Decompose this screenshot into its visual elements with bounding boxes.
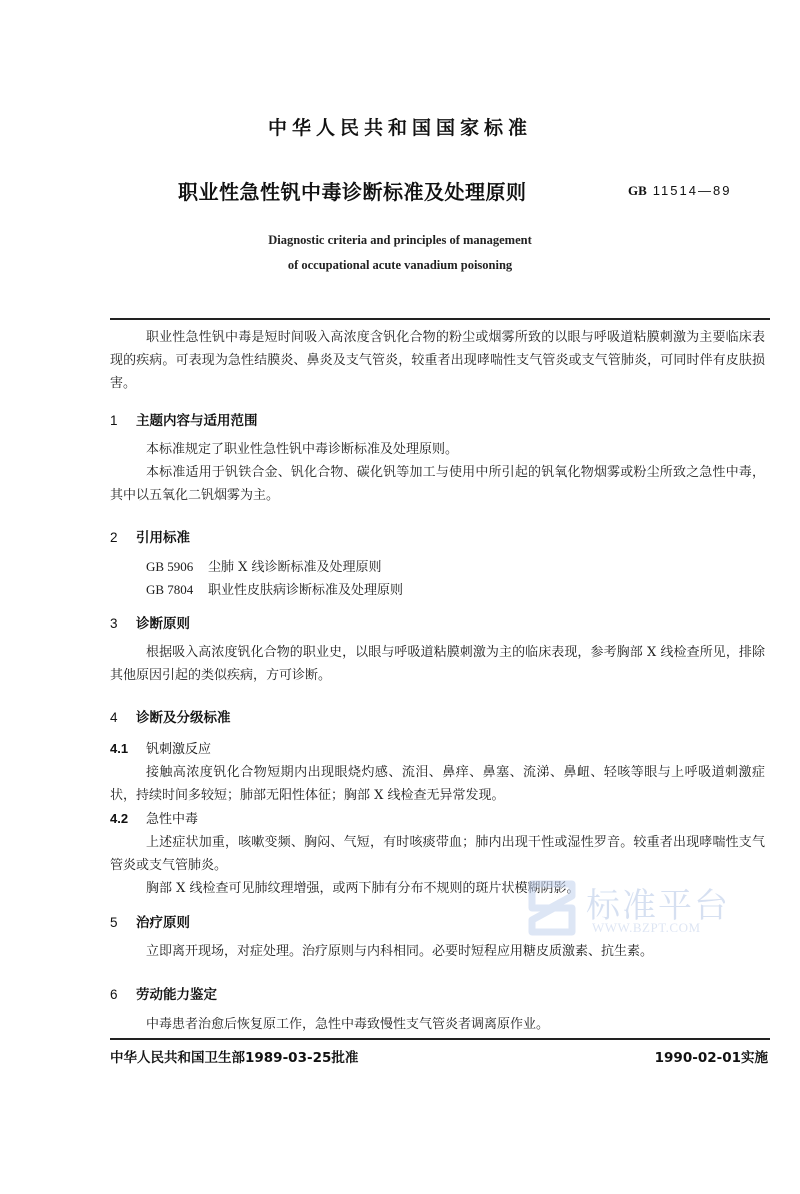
code-prefix: GB: [628, 183, 647, 198]
section-1-heading: 1主题内容与适用范围: [110, 409, 258, 429]
national-standard-label: 中华人民共和国国家标准: [0, 113, 800, 140]
standard-code: GB11514—89: [628, 183, 731, 199]
section-1-paragraph-2: 本标准适用于钒铁合金、钒化合物、碳化钒等加工与使用中所引起的钒氧化物烟雾或粉尘所…: [110, 461, 765, 507]
section-3-heading: 3诊断原则: [110, 612, 190, 632]
section-5-paragraph: 立即离开现场，对症处理。治疗原则与内科相同。必要时短程应用糖皮质激素、抗生素。: [110, 940, 765, 963]
reference-title: 尘肺 X 线诊断标准及处理原则: [208, 560, 382, 575]
english-title-line1: Diagnostic criteria and principles of ma…: [0, 233, 800, 248]
reference-code: GB 7804: [146, 582, 208, 598]
watermark: 标准平台 WWW.BZPT.COM: [528, 880, 768, 940]
document-title: 职业性急性钒中毒诊断标准及处理原则: [178, 176, 527, 205]
section-title: 劳动能力鉴定: [136, 987, 217, 1003]
section-number: 6: [110, 987, 136, 1002]
section-2-heading: 2引用标准: [110, 526, 190, 546]
watermark-url: WWW.BZPT.COM: [592, 920, 701, 936]
section-5-heading: 5治疗原则: [110, 911, 190, 931]
section-4-heading: 4诊断及分级标准: [110, 706, 231, 726]
subsection-title: 急性中毒: [146, 812, 198, 827]
section-number: 5: [110, 915, 136, 930]
bottom-divider: [110, 1038, 770, 1040]
section-number: 2: [110, 530, 136, 545]
section-6-heading: 6劳动能力鉴定: [110, 983, 217, 1003]
section-number: 1: [110, 413, 136, 428]
subsection-title: 钒刺激反应: [146, 742, 211, 757]
subsection-4-2-paragraph-1: 上述症状加重，咳嗽变频、胸闷、气短，有时咳痰带血；肺内出现干性或湿性罗音。较重者…: [110, 831, 765, 877]
intro-paragraph: 职业性急性钒中毒是短时间吸入高浓度含钒化合物的粉尘或烟雾所致的以眼与呼吸道粘膜刺…: [110, 326, 765, 395]
reference-code: GB 5906: [146, 559, 208, 575]
section-number: 3: [110, 616, 136, 631]
subsection-4-2-heading: 4.2急性中毒: [110, 808, 198, 827]
section-6-paragraph: 中毒患者治愈后恢复原工作，急性中毒致慢性支气管炎者调离原作业。: [110, 1013, 765, 1036]
section-title: 诊断原则: [136, 616, 190, 632]
reference-title: 职业性皮肤病诊断标准及处理原则: [208, 583, 403, 598]
implementation-date: 1990-02-01实施: [655, 1046, 768, 1066]
english-title-line2: of occupational acute vanadium poisoning: [0, 258, 800, 273]
section-title: 治疗原则: [136, 915, 190, 931]
section-title: 诊断及分级标准: [136, 710, 231, 726]
approval-date: 中华人民共和国卫生部1989-03-25批准: [110, 1046, 358, 1066]
section-title: 主题内容与适用范围: [136, 413, 258, 429]
subsection-4-1-paragraph: 接触高浓度钒化合物短期内出现眼烧灼感、流泪、鼻痒、鼻塞、流涕、鼻衄、轻咳等眼与上…: [110, 761, 765, 807]
subsection-4-1-heading: 4.1钒刺激反应: [110, 738, 211, 757]
top-divider: [110, 318, 770, 320]
code-number: 11514—89: [653, 183, 732, 198]
section-number: 4: [110, 710, 136, 725]
section-1-paragraph-1: 本标准规定了职业性急性钒中毒诊断标准及处理原则。: [110, 438, 765, 461]
subsection-number: 4.2: [110, 811, 146, 826]
section-3-paragraph: 根据吸入高浓度钒化合物的职业史，以眼与呼吸道粘膜刺激为主的临床表现，参考胸部 X…: [110, 641, 765, 687]
subsection-number: 4.1: [110, 741, 146, 756]
section-title: 引用标准: [136, 530, 190, 546]
reference-item: GB 5906尘肺 X 线诊断标准及处理原则: [146, 556, 382, 575]
reference-item: GB 7804职业性皮肤病诊断标准及处理原则: [146, 579, 403, 598]
bzpt-logo-icon: [528, 880, 580, 936]
